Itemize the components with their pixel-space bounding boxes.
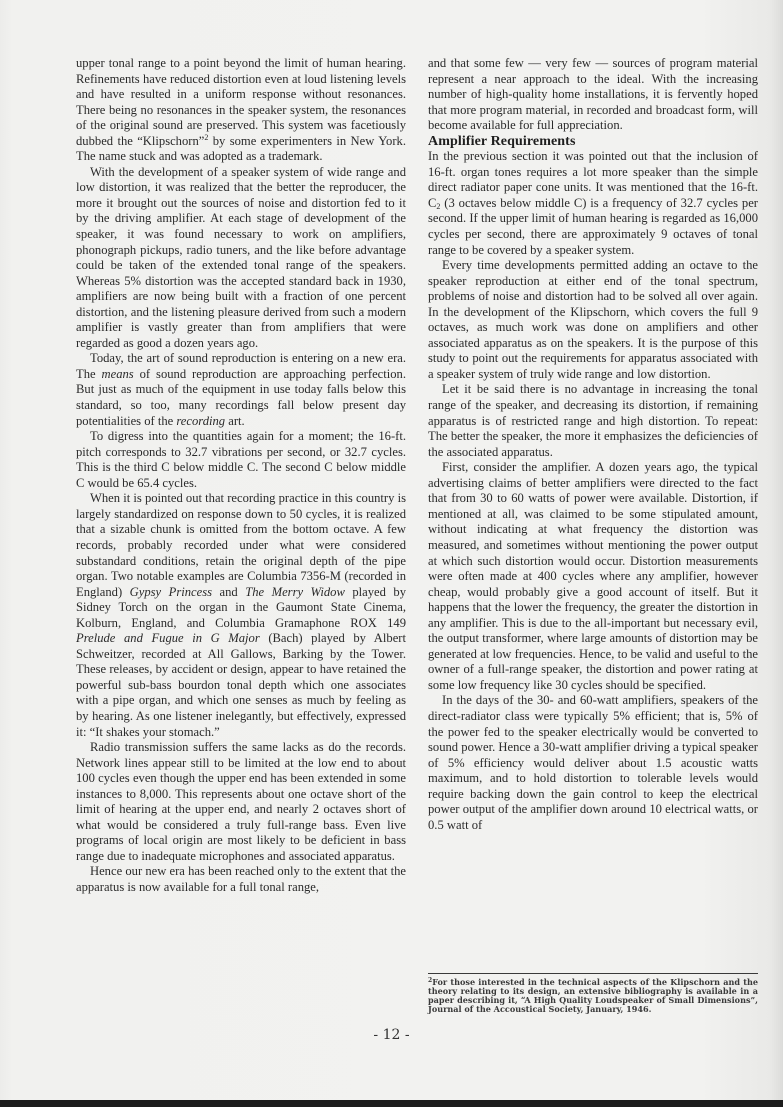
paragraph-text: (Bach) played by Albert Schweitzer, reco… [76,631,406,738]
paragraph: With the development of a speaker system… [76,165,406,352]
right-text-column: and that some few — very few — sources o… [428,56,758,833]
paragraph-text: and [212,585,245,599]
record-title: Gypsy Princess [130,585,212,599]
italic-text: recording [176,414,225,428]
paragraph: and that some few — very few — sources o… [428,56,758,134]
record-title: Prelude and Fugue in G Major [76,631,260,645]
paragraph: When it is pointed out that recording pr… [76,491,406,740]
paragraph-text: (3 octaves below middle C) is a frequenc… [428,196,758,257]
paragraph: To digress into the quantities again for… [76,429,406,491]
paragraph: First, consider the amplifier. A dozen y… [428,460,758,693]
record-title: The Merry Widow [245,585,345,599]
paragraph: Let it be said there is no advantage in … [428,382,758,460]
footnote-text: For those interested in the technical as… [428,977,758,1014]
paragraph: In the days of the 30- and 60-watt ampli… [428,693,758,833]
paragraph: Radio transmission suffers the same lack… [76,740,406,864]
footnote-divider [428,973,758,974]
paragraph: Today, the art of sound reproduction is … [76,351,406,429]
paragraph: Hence our new era has been reached only … [76,864,406,895]
scan-edge [0,1100,783,1107]
footnote: 2For those interested in the technical a… [428,978,758,1014]
left-text-column: upper tonal range to a point beyond the … [76,56,406,896]
paragraph: Every time developments permitted adding… [428,258,758,382]
paragraph: In the previous section it was pointed o… [428,149,758,258]
italic-text: means [102,367,134,381]
document-page: upper tonal range to a point beyond the … [0,0,783,1100]
paragraph: upper tonal range to a point beyond the … [76,56,406,165]
page-number: - 12 - [0,1027,783,1043]
paragraph-text: When it is pointed out that recording pr… [76,491,406,598]
paragraph-text: art. [225,414,245,428]
section-heading: Amplifier Requirements [428,134,758,150]
